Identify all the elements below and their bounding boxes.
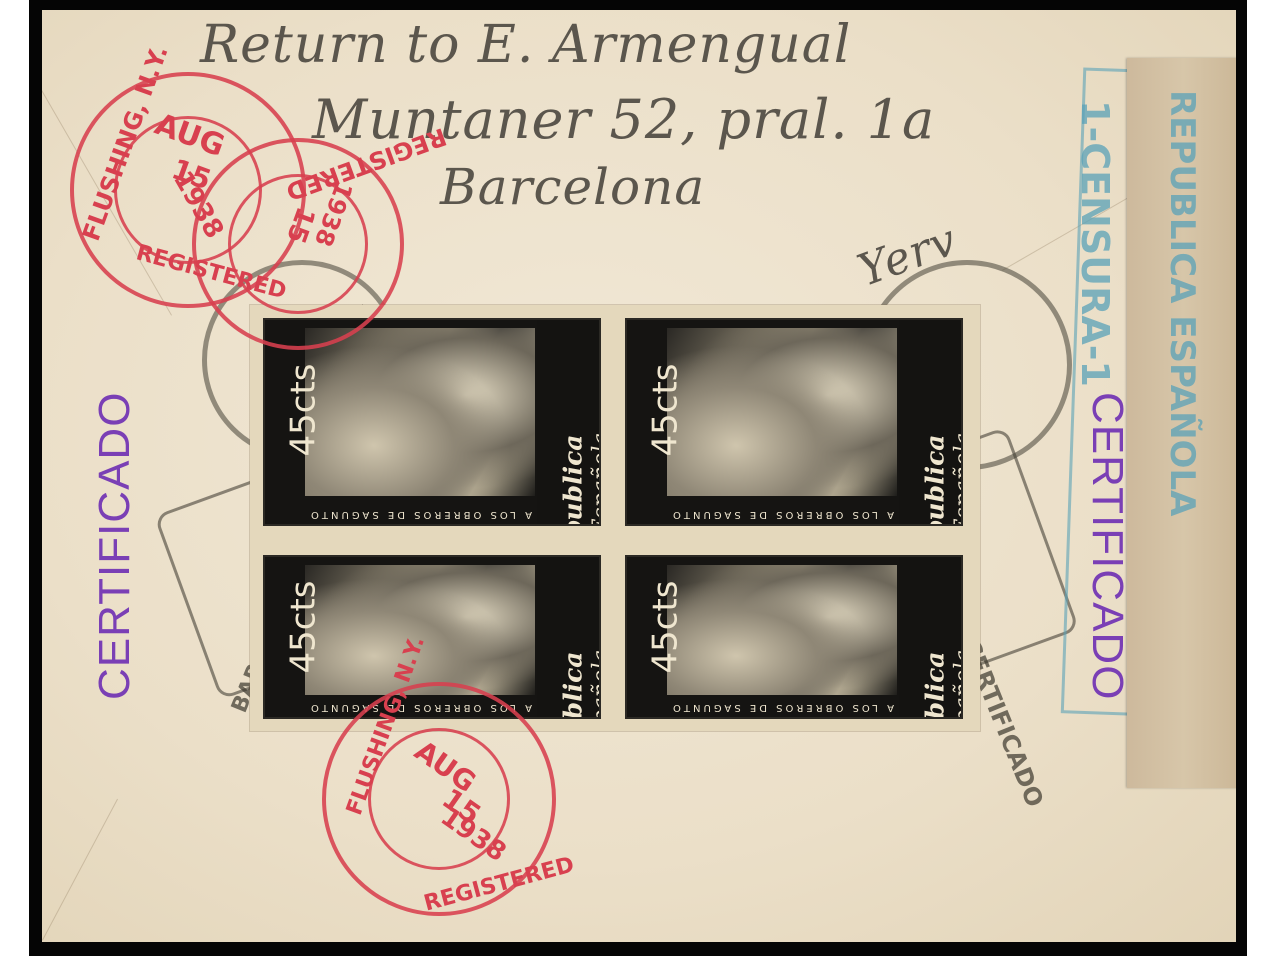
stamp-value: 45cts: [646, 580, 686, 673]
stamp-caption: A LOS OBREROS DE SAGUNTO: [667, 702, 897, 713]
censor-box-text: 1-CENSURA-1: [1073, 100, 1117, 387]
flap-fold-line: [42, 799, 118, 941]
stamp-country: Republica: [921, 652, 950, 720]
stamp: 45cts A LOS OBREROS DE SAGUNTO Republica…: [625, 555, 963, 719]
stamp-illustration: [305, 565, 535, 695]
censor-strip-text: REPUBLICA ESPAÑOLA: [1162, 90, 1202, 516]
stamp-illustration: [667, 565, 897, 695]
stamp-country-sub: CORREOS Española: [951, 433, 964, 527]
stamp-value: 45cts: [646, 363, 686, 456]
stamp-country-sub: CORREOS Española: [589, 433, 602, 527]
stamp: 45cts A LOS OBREROS DE SAGUNTO Republica…: [263, 318, 601, 526]
certificado-mark-left: CERTIFICADO: [90, 392, 140, 700]
stamp-value: 45cts: [284, 363, 324, 456]
stamp-country-sub: CORREOS Española: [589, 650, 602, 720]
envelope-back: Return to E. Armengual Muntaner 52, pral…: [42, 10, 1236, 942]
stamp-caption: A LOS OBREROS DE SAGUNTO: [667, 509, 897, 520]
stamp-country: Republica: [921, 435, 950, 527]
stamp-country: Republica: [559, 652, 588, 720]
stamp-country-sub: CORREOS Española: [951, 650, 964, 720]
return-address-line-1: Return to E. Armengual: [200, 15, 851, 75]
stamp-illustration: [667, 328, 897, 496]
stamp-caption: A LOS OBREROS DE SAGUNTO: [305, 509, 535, 520]
stamp-illustration: [305, 328, 535, 496]
stamp: 45cts A LOS OBREROS DE SAGUNTO Republica…: [625, 318, 963, 526]
return-address-line-3: Barcelona: [440, 158, 705, 216]
stamp-block: 45cts A LOS OBREROS DE SAGUNTO Republica…: [250, 305, 980, 731]
stamp-value: 45cts: [284, 580, 324, 673]
stamp-country: Republica: [559, 435, 588, 527]
